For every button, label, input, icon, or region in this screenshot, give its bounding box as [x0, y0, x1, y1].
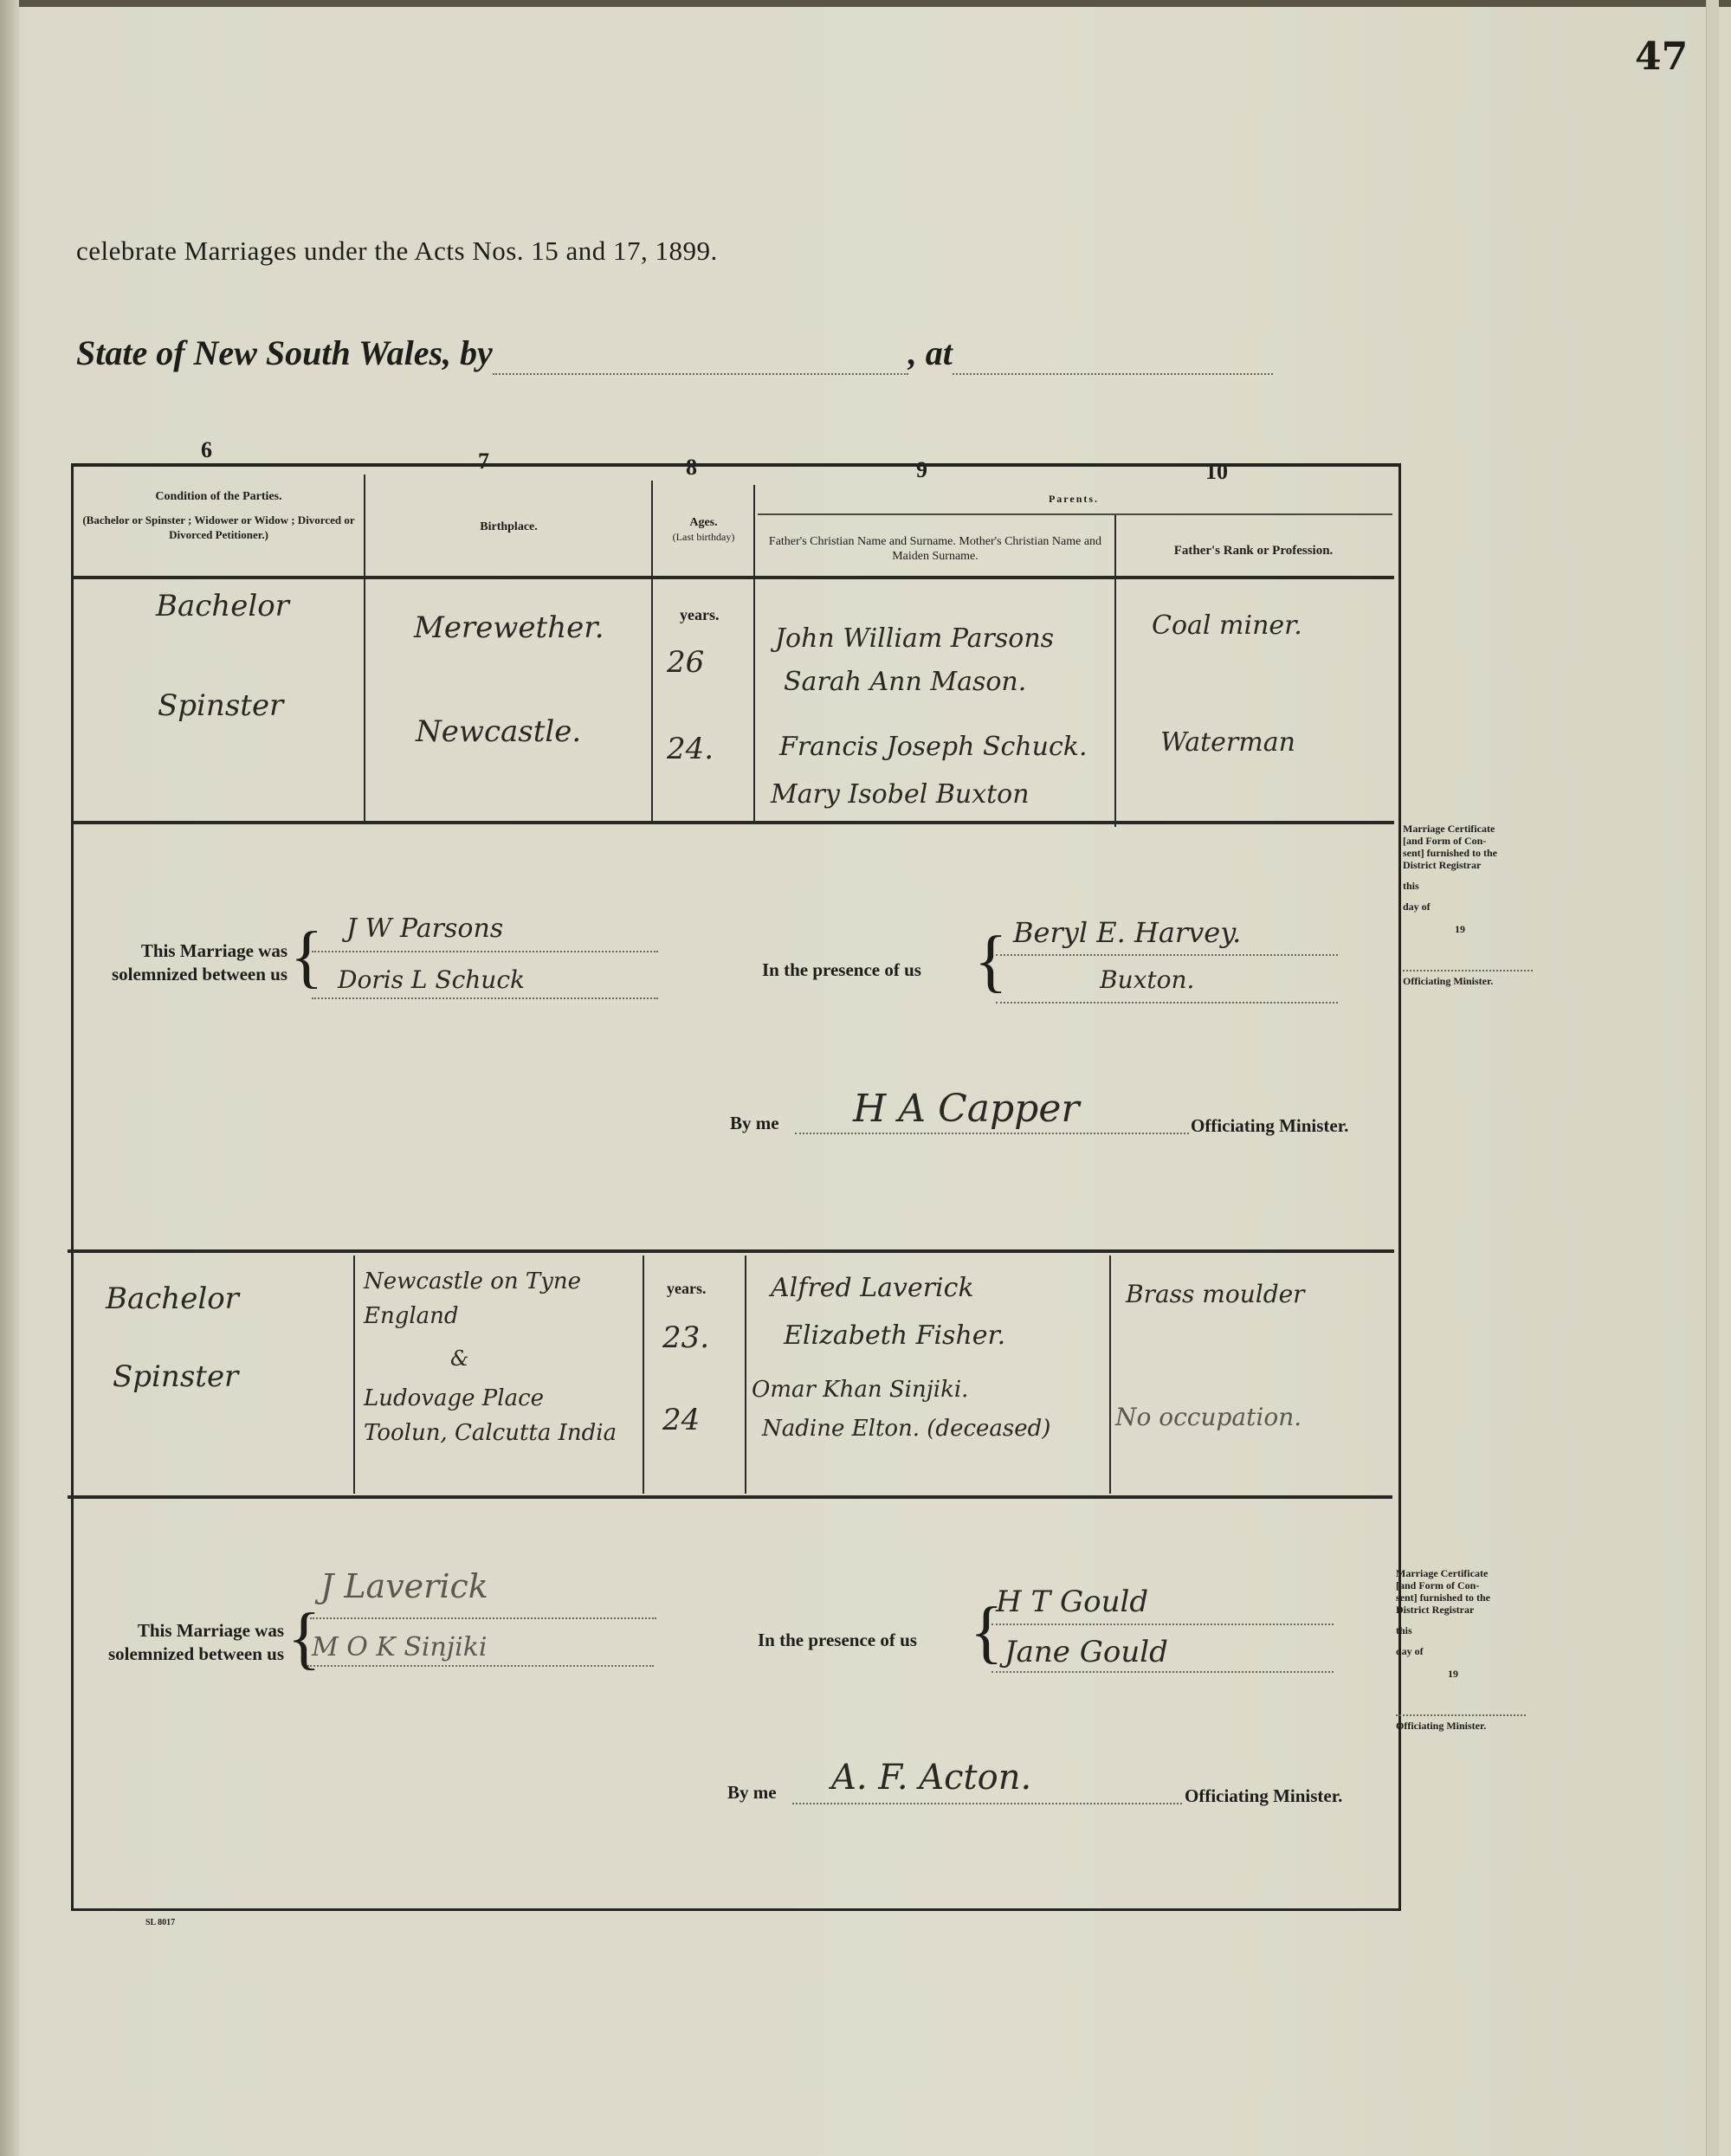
- birthplace-separator: &: [450, 1346, 468, 1371]
- state-heading-prefix: State of New South Wales, by: [76, 333, 493, 372]
- groom-father-profession: Coal miner.: [1152, 610, 1302, 641]
- witness1-signature: H T Gould: [996, 1585, 1148, 1619]
- note-this: this: [1396, 1624, 1534, 1636]
- note-signature-line: [1396, 1714, 1526, 1716]
- bride-mother: Nadine Elton. (deceased): [762, 1411, 1100, 1446]
- solemnized-label-line1: This Marriage was: [80, 939, 287, 963]
- column-divider: [643, 1256, 644, 1494]
- column-divider: [753, 485, 755, 823]
- solemnized-label-line2: solemnized between us: [76, 1643, 284, 1666]
- header-father-profession: Father's Rank or Profession.: [1117, 544, 1390, 558]
- witness2-line: [996, 1002, 1338, 1004]
- minister-signature-line: [792, 1803, 1182, 1804]
- column-divider: [651, 481, 653, 823]
- bride-signature: Doris L Schuck: [338, 965, 525, 994]
- groom-signature-line: [310, 1617, 656, 1619]
- register-page: 47 celebrate Marriages under the Acts No…: [0, 0, 1719, 2156]
- minister-signature-line: [795, 1133, 1189, 1134]
- note-line: District Registrar: [1403, 859, 1541, 871]
- minister-signature: A. F. Acton.: [831, 1758, 1031, 1798]
- note-line: sent] furnished to the: [1403, 847, 1541, 859]
- note-line: [and Form of Con-: [1396, 1579, 1534, 1591]
- note-day-of: day of: [1396, 1645, 1534, 1657]
- bride-signature-line: [312, 997, 658, 999]
- state-heading-at: , at: [908, 333, 953, 372]
- header-ages-title: Ages.: [654, 515, 753, 530]
- page-top-edge: [0, 0, 1731, 7]
- years-label: years.: [680, 606, 719, 624]
- note-line: Marriage Certificate: [1403, 823, 1541, 835]
- header-parents-names: Father's Christian Name and Surname. Mot…: [758, 534, 1113, 564]
- groom-signature-line: [312, 951, 658, 952]
- column-divider: [1114, 515, 1116, 827]
- groom-father: John William Parsons: [775, 623, 1054, 654]
- note-this: this: [1403, 880, 1541, 892]
- groom-birthplace: Newcastle on Tyne England: [364, 1264, 632, 1333]
- note-year: 19: [1396, 1668, 1534, 1680]
- note-line: District Registrar: [1396, 1604, 1534, 1616]
- bride-signature-line: [307, 1665, 654, 1667]
- witness2-signature: Buxton.: [1100, 965, 1194, 994]
- by-me-label: By me: [730, 1113, 779, 1134]
- bride-birthplace: Ludovage Place Toolun, Calcutta India: [364, 1381, 632, 1450]
- header-ages-subtitle: (Last birthday): [654, 530, 753, 545]
- groom-condition: Bachelor: [106, 1281, 239, 1316]
- bride-mother: Mary Isobel Buxton: [771, 779, 1030, 810]
- header-parents: Parents.: [758, 492, 1390, 507]
- register-table: [71, 463, 1401, 1911]
- header-condition: Condition of the Parties. (Bachelor or S…: [78, 489, 359, 542]
- groom-father: Alfred Laverick: [771, 1273, 974, 1303]
- solemnized-label: This Marriage was solemnized between us: [80, 939, 287, 986]
- officiating-label: Officiating Minister.: [1185, 1785, 1342, 1807]
- note-minister: Officiating Minister.: [1403, 975, 1541, 987]
- at-blank-line: [953, 332, 1273, 375]
- bride-age: 24.: [667, 732, 714, 766]
- solemnized-label: This Marriage was solemnized between us: [76, 1619, 284, 1666]
- entry-separator-rule: [68, 1249, 1394, 1253]
- solemnized-label-line2: solemnized between us: [80, 963, 287, 986]
- bride-father-profession: No occupation.: [1115, 1403, 1301, 1431]
- form-number: SL 8017: [145, 1918, 175, 1927]
- groom-signature: J Laverick: [320, 1567, 488, 1605]
- groom-condition: Bachelor: [156, 589, 289, 623]
- years-label: years.: [667, 1280, 706, 1298]
- header-bottom-rule: [74, 576, 1394, 579]
- book-spine-shadow: [0, 0, 19, 2156]
- header-birthplace: Birthplace.: [368, 520, 649, 534]
- groom-mother: Elizabeth Fisher.: [784, 1320, 1005, 1351]
- by-me-label: By me: [727, 1782, 777, 1804]
- bride-condition: Spinster: [158, 688, 283, 723]
- groom-age: 26: [667, 645, 704, 680]
- witness2-line: [991, 1671, 1334, 1673]
- note-minister: Officiating Minister.: [1396, 1720, 1534, 1732]
- presence-label: In the presence of us: [758, 1630, 917, 1651]
- witness2-signature: Jane Gould: [1004, 1635, 1168, 1669]
- page-right-edge: [1706, 0, 1719, 2156]
- witness1-signature: Beryl E. Harvey.: [1013, 916, 1241, 949]
- note-year: 19: [1403, 923, 1541, 935]
- registrar-note-2: Marriage Certificate [and Form of Con- s…: [1396, 1567, 1534, 1732]
- parents-underline: [758, 513, 1392, 515]
- header-condition-subtitle: (Bachelor or Spinster ; Widower or Widow…: [78, 513, 359, 542]
- column-divider: [1109, 1256, 1111, 1494]
- bride-father: Omar Khan Sinjiki.: [752, 1377, 968, 1403]
- header-condition-title: Condition of the Parties.: [78, 489, 359, 504]
- entry-1-rule: [74, 821, 1394, 824]
- bride-father: Francis Joseph Schuck.: [779, 732, 1088, 762]
- acts-heading: celebrate Marriages under the Acts Nos. …: [76, 236, 718, 267]
- groom-birthplace: Merewether.: [414, 610, 604, 645]
- by-blank-line: [493, 332, 908, 375]
- bride-signature: M O K Sinjiki: [312, 1632, 487, 1662]
- groom-signature: J W Parsons: [346, 913, 503, 944]
- bride-father-profession: Waterman: [1160, 727, 1295, 758]
- column-divider: [353, 1256, 355, 1494]
- witness1-line: [996, 954, 1338, 956]
- registrar-note-1: Marriage Certificate [and Form of Con- s…: [1403, 823, 1541, 987]
- note-line: sent] furnished to the: [1396, 1591, 1534, 1604]
- note-signature-line: [1403, 970, 1533, 971]
- officiating-label: Officiating Minister.: [1191, 1115, 1348, 1137]
- entry-2-rule: [68, 1495, 1392, 1499]
- brace: {: [974, 926, 1007, 996]
- note-line: [and Form of Con-: [1403, 835, 1541, 847]
- presence-label: In the presence of us: [762, 959, 921, 981]
- brace: {: [290, 922, 323, 991]
- page-number: 47: [1635, 35, 1688, 79]
- column-divider: [745, 1256, 746, 1494]
- state-heading: State of New South Wales, by , at: [76, 332, 1273, 375]
- column-number-6: 6: [201, 437, 212, 463]
- solemnized-label-line1: This Marriage was: [76, 1619, 284, 1643]
- groom-father-profession: Brass moulder: [1126, 1280, 1305, 1308]
- minister-signature: H A Capper: [853, 1087, 1079, 1131]
- witness1-line: [991, 1623, 1334, 1625]
- bride-condition: Spinster: [113, 1359, 238, 1394]
- note-day-of: day of: [1403, 900, 1541, 913]
- bride-age: 24: [662, 1403, 700, 1437]
- bride-birthplace: Newcastle.: [416, 714, 581, 749]
- groom-age: 23.: [662, 1320, 709, 1355]
- header-ages: Ages. (Last birthday): [654, 515, 753, 545]
- column-divider: [364, 474, 365, 821]
- groom-mother: Sarah Ann Mason.: [784, 667, 1026, 697]
- note-line: Marriage Certificate: [1396, 1567, 1534, 1579]
